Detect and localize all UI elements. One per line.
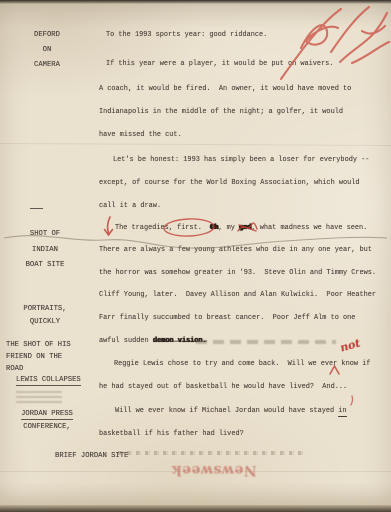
typed-line: have missed the cut. [99, 131, 182, 140]
typed-line: The tragedies, first. Oh, my god, what m… [115, 224, 367, 233]
typed-line: If this year were a player, it would be … [106, 60, 333, 69]
text-segment: in [338, 407, 346, 417]
slug-line: BOAT SITE [26, 261, 65, 269]
typed-line: basketball if his father had lived? [99, 430, 244, 439]
typed-line: call it a draw. [99, 202, 161, 211]
scanned-script-page: DEFORDONCAMERASHOT OFINDIANBOAT SITEPORT… [0, 0, 391, 512]
typed-line: Reggie Lewis chose to try and come back.… [114, 360, 370, 369]
newsweek-logo-bleed: Newsweek [158, 462, 270, 478]
typed-line: awful sudden demon vision. [99, 337, 207, 346]
slug-line: DEFORD [34, 31, 60, 39]
typed-line: Farr finally succumbed to breast cancer.… [99, 314, 355, 323]
red-down-arrow [105, 217, 113, 235]
text-segment: Let's be honest: 1993 has simply been a … [113, 156, 369, 164]
text-segment: , what madness we have seen. [252, 224, 368, 232]
typed-line: the horror was somehow greater in '93. S… [99, 269, 376, 278]
slug-line: THE SHOT OF HIS [6, 341, 71, 349]
text-segment: basketball if his father had lived? [99, 430, 244, 438]
text-segment: Indianapolis in the middle of the night;… [99, 108, 343, 116]
bleed-through-text-block [16, 391, 62, 404]
typed-line: he had stayed out of basketball he would… [99, 383, 347, 392]
typed-line: except, of course for the World Boxing A… [99, 179, 360, 188]
text-segment: except, of course for the World Boxing A… [99, 179, 360, 187]
slug-line: JORDAN PRESS [21, 410, 73, 420]
letterhead-bleed-through-text [118, 451, 304, 455]
typed-line: There are always a few young athletes wh… [99, 246, 372, 255]
slug-line: FRIEND ON THE [6, 353, 62, 361]
slug-line: LEWIS COLLAPSES [16, 376, 81, 386]
text-segment: have missed the cut. [99, 131, 182, 139]
text-segment: A coach, it would be fired. An owner, it… [99, 85, 351, 93]
typed-line: A coach, it would be fired. An owner, it… [99, 85, 351, 94]
slug-line: QUICKLY [30, 318, 60, 326]
slug-line: INDIAN [32, 246, 58, 254]
slug-line: CAMERA [34, 61, 60, 69]
margin-dash-mark [30, 208, 43, 209]
typed-line: Let's be honest: 1993 has simply been a … [113, 156, 369, 165]
brief-jordan-site-line: BRIEF JORDAN SITE [55, 452, 128, 460]
handwritten-not-annotation: not [339, 336, 362, 354]
typed-line: To the 1993 sports year: good riddance. [106, 31, 267, 40]
text-segment: Will we ever know if Michael Jordan woul… [115, 407, 338, 415]
text-segment: Cliff Young, later. Davey Allison and Al… [99, 291, 376, 299]
text-segment: There are always a few young athletes wh… [99, 246, 372, 254]
slug-line: PORTRAITS, [23, 305, 66, 313]
text-segment: The tragedies, [115, 224, 177, 232]
erased-text-remnant [196, 340, 336, 344]
text-segment: Farr finally succumbed to breast cancer.… [99, 314, 355, 322]
slug-lewis-collapses: LEWIS COLLAPSES [16, 374, 100, 386]
typed-line: Indianapolis in the middle of the night;… [99, 108, 343, 117]
text-segment: first. [177, 224, 202, 232]
text-segment [202, 224, 210, 232]
slug-jordan-press-conference: JORDAN PRESSCONFERENCE, [14, 408, 80, 433]
scan-bottom-edge [0, 505, 391, 512]
red-tick-mark [351, 396, 353, 405]
text-segment: To the 1993 sports year: good riddance. [106, 31, 267, 39]
text-segment: call it a draw. [99, 202, 161, 210]
slug-shot-of-his-friend-on-the-road: THE SHOT OF HISFRIEND ON THEROAD [6, 339, 90, 375]
slug-line: SHOT OF [30, 230, 60, 238]
text-segment: the horror was somehow greater in '93. S… [99, 269, 376, 277]
text-segment: he had stayed out of basketball he would… [99, 383, 347, 391]
scan-top-edge [0, 0, 391, 4]
slug-line: ON [43, 46, 52, 54]
slug-line: CONFERENCE, [23, 423, 70, 431]
slug-line: ROAD [6, 365, 23, 373]
text-segment: , my [218, 224, 239, 232]
text-segment: Reggie Lewis chose to try and come back.… [114, 360, 370, 368]
text-segment: If this year were a player, it would be … [106, 60, 333, 68]
typed-line: Will we ever know if Michael Jordan woul… [115, 407, 347, 416]
text-segment: awful sudden [99, 337, 153, 345]
paper-crease [0, 143, 391, 146]
text-segment: god [239, 224, 251, 232]
typed-line: Cliff Young, later. Davey Allison and Al… [99, 291, 376, 300]
slug-deford-on-camera: DEFORDONCAMERA [16, 28, 78, 73]
slug-shot-of-indian-boat-site: SHOT OFINDIANBOAT SITE [12, 227, 78, 274]
slug-portraits-quickly: PORTRAITS,QUICKLY [12, 303, 78, 329]
